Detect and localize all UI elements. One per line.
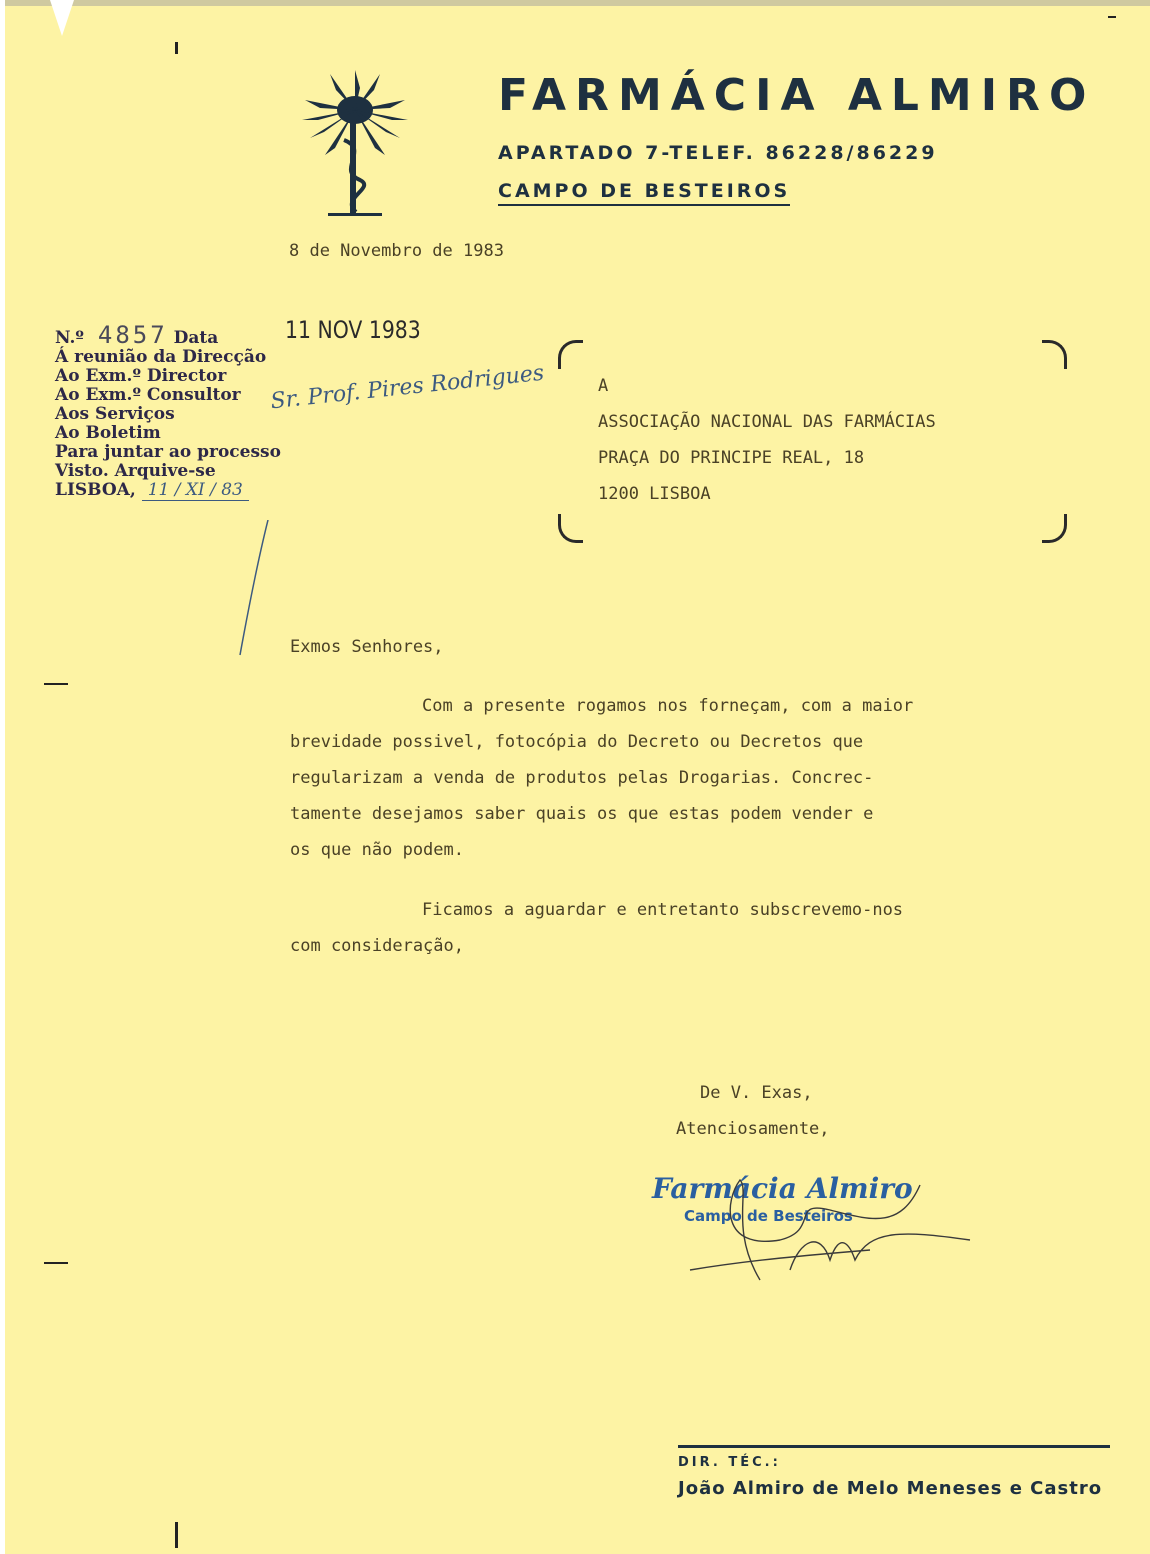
stamp-line: Para juntar ao processo [55, 443, 281, 462]
window-corner [558, 340, 583, 369]
footer-label: DIR. TÉC.: [678, 1455, 781, 1470]
closing-line-2: Atenciosamente, [676, 1111, 830, 1147]
handwritten-note: Sr. Prof. Pires Rodrigues [269, 361, 545, 415]
stamp-number-row: N.º4857Data [55, 326, 281, 348]
salutation: Exmos Senhores, [290, 637, 444, 657]
punch-mark [1108, 16, 1116, 18]
stamp-place-row: LISBOA, 11 / XI / 83 [55, 481, 281, 500]
stamp-line: Ao Exm.º Director [55, 367, 281, 386]
stamp-line: Aos Serviços [55, 405, 281, 424]
body-paragraph-2: Ficamos a aguardar e entretanto subscrev… [290, 892, 1010, 964]
window-corner [1042, 514, 1067, 543]
body-paragraph-1: Com a presente rogamos nos forneçam, com… [290, 688, 1010, 868]
stamp-line: Visto. Arquive-se [55, 462, 281, 481]
company-address: APARTADO 7-TELEF. 86228/86229 [498, 142, 938, 164]
body-line: os que não podem. [290, 832, 1010, 868]
body-line: com consideração, [290, 928, 1010, 964]
palm-tree-with-serpent-icon [300, 70, 410, 225]
footer-director: João Almiro de Melo Meneses e Castro [678, 1478, 1102, 1499]
handwritten-stroke [230, 520, 280, 660]
company-location: CAMPO DE BESTEIROS [498, 180, 790, 206]
letter-page: FARMÁCIA ALMIRO APARTADO 7-TELEF. 86228/… [0, 0, 1150, 1554]
body-line: brevidade possivel, fotocópia do Decreto… [290, 724, 1010, 760]
recipient-address: A ASSOCIAÇÃO NACIONAL DAS FARMÁCIAS PRAÇ… [598, 368, 936, 512]
company-name: FARMÁCIA ALMIRO [498, 70, 1095, 121]
body-line: regularizam a venda de produtos pelas Dr… [290, 760, 1010, 796]
place-label: LISBOA, [55, 480, 136, 500]
stamp-date: 11 NOV 1983 [285, 316, 421, 344]
handwritten-date: 11 / XI / 83 [142, 480, 249, 501]
stamp-line: Á reunião da Direcção [55, 348, 281, 367]
number-label: N.º [55, 328, 84, 348]
body-line: tamente desejamos saber quais os que est… [290, 796, 1010, 832]
body-line: Ficamos a aguardar e entretanto subscrev… [290, 892, 1010, 928]
letter-date: 8 de Novembro de 1983 [289, 241, 504, 261]
recipient-street: PRAÇA DO PRINCIPE REAL, 18 [598, 440, 936, 476]
footer-divider [678, 1445, 1110, 1448]
stamp-number: 4857 [98, 321, 168, 349]
body-line: Com a presente rogamos nos forneçam, com… [290, 688, 1010, 724]
page-edge [0, 0, 5, 1554]
fold-mark [44, 683, 68, 685]
closing: De V. Exas, Atenciosamente, [676, 1075, 830, 1147]
received-stamp: N.º4857Data Á reunião da Direcção Ao Exm… [55, 326, 281, 500]
window-corner [558, 514, 583, 543]
stamp-line: Ao Boletim [55, 424, 281, 443]
date-label: Data [174, 328, 219, 348]
recipient-prefix: A [598, 368, 936, 404]
window-corner [1042, 340, 1067, 369]
punch-mark [175, 42, 178, 54]
punch-mark [175, 1522, 178, 1548]
stamp-line: Ao Exm.º Consultor [55, 386, 281, 405]
closing-line-1: De V. Exas, [676, 1075, 830, 1111]
recipient-name: ASSOCIAÇÃO NACIONAL DAS FARMÁCIAS [598, 404, 936, 440]
handwritten-signature [670, 1170, 980, 1290]
fold-mark [44, 1262, 68, 1264]
paper-tear [50, 0, 74, 36]
recipient-city: 1200 LISBOA [598, 476, 936, 512]
